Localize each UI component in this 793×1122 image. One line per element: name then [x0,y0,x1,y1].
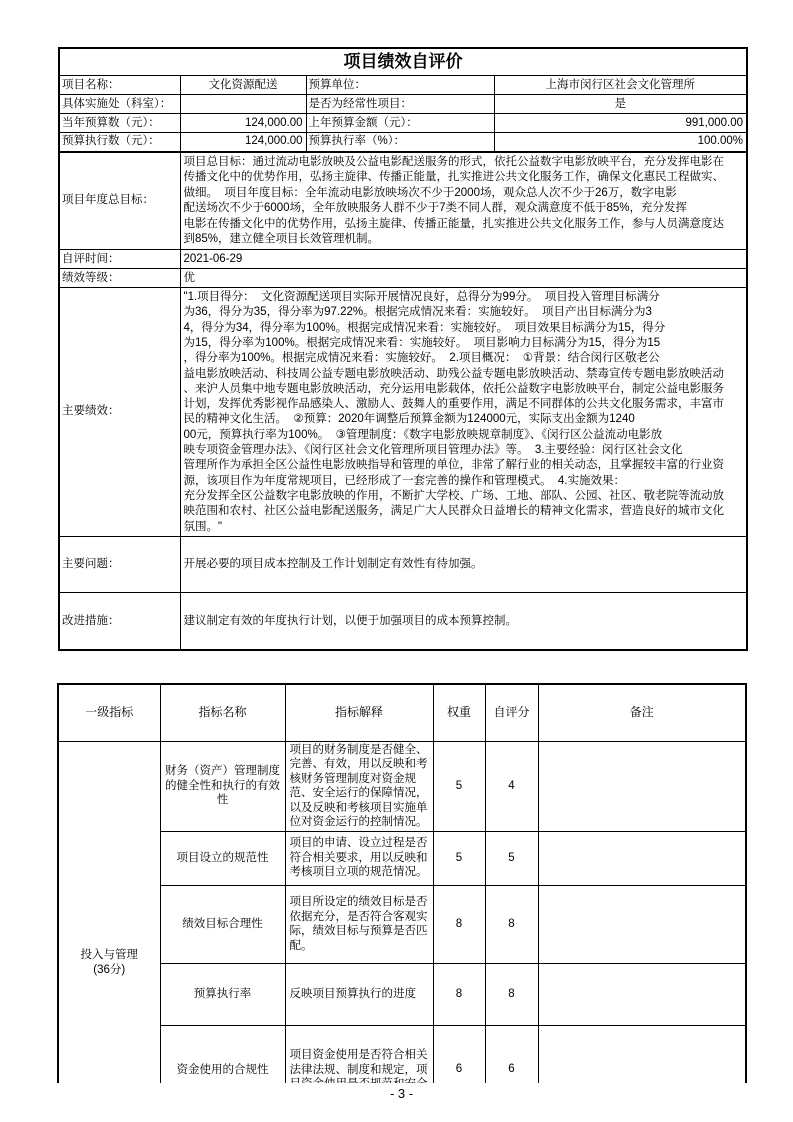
indicator-explanation: 项目的财务制度是否健全、完善、有效，用以反映和考核财务管理制度对资金规范、安全运… [285,741,433,831]
main-problems-label: 主要问题： [59,536,180,592]
indicator-row: 项目设立的规范性 项目的申请、设立过程是否符合相关要求，用以反映和考核项目立项的… [58,831,746,885]
implementing-office-label: 具体实施处（科室）： [59,95,180,114]
is-recurring-value: 是 [494,95,747,114]
indicator-weight: 5 [433,741,485,831]
indicator-explanation: 项目的申请、设立过程是否符合相关要求，用以反映和考核项目立项的规范情况。 [285,831,433,885]
summary-table: 项目绩效自评价 项目名称： 文化资源配送 预算单位： 上海市闵行区社会文化管理所… [58,47,748,651]
indicator-table-region: 一级指标 指标名称 指标解释 权重 自评分 备注 投入与管理 (36分) 财务（… [57,683,748,1083]
main-performance-value: "1.项目得分： 文化资源配送项目实际开展情况良好，总得分为99分。 项目投入管… [180,288,747,537]
indicator-weight: 8 [433,963,485,1025]
indicator-name: 绩效目标合理性 [160,885,285,963]
indicator-score: 5 [485,831,538,885]
main-performance-label: 主要绩效： [59,288,180,537]
table-row: 自评时间： 2021-06-29 [59,250,747,269]
indicator-weight: 5 [433,831,485,885]
indicator-header-row: 一级指标 指标名称 指标解释 权重 自评分 备注 [58,684,746,741]
indicator-row: 投入与管理 (36分) 财务（资产）管理制度的健全性和执行的有效性 项目的财务制… [58,741,746,831]
indicator-note [538,1025,746,1083]
indicator-note [538,831,746,885]
page-number: - 3 - [57,1086,746,1101]
header-note: 备注 [538,684,746,741]
table-row: 具体实施处（科室）： 是否为经常性项目： 是 [59,95,747,114]
table-row: 项目名称： 文化资源配送 预算单位： 上海市闵行区社会文化管理所 [59,76,747,95]
indicator-weight: 8 [433,885,485,963]
execution-rate-label: 预算执行率（%）： [306,133,494,152]
form-title: 项目绩效自评价 [59,48,747,76]
grade-label: 绩效等级： [59,269,180,288]
annual-goal-label: 项目年度总目标： [59,152,180,250]
execution-rate-value: 100.00% [494,133,747,152]
header-self-score: 自评分 [485,684,538,741]
indicator-score: 4 [485,741,538,831]
indicator-name: 项目设立的规范性 [160,831,285,885]
indicator-table: 一级指标 指标名称 指标解释 权重 自评分 备注 投入与管理 (36分) 财务（… [57,683,747,1083]
improvements-value: 建议制定有效的年度执行计划，以便于加强项目的成本预算控制。 [180,592,747,650]
project-name-label: 项目名称： [59,76,180,95]
indicator-note [538,885,746,963]
budget-unit-label: 预算单位： [306,76,494,95]
header-indicator-explanation: 指标解释 [285,684,433,741]
header-level1-indicator: 一级指标 [58,684,160,741]
indicator-weight: 6 [433,1025,485,1083]
current-year-budget-label: 当年预算数（元）： [59,114,180,133]
main-problems-value: 开展必要的项目成本控制及工作计划制定有效性有待加强。 [180,536,747,592]
title-row: 项目绩效自评价 [59,48,747,76]
indicator-explanation: 项目资金使用是否符合相关法律法规、制度和规定，项目资金使用是否规范和安全 [285,1025,433,1083]
prev-year-budget-value: 991,000.00 [494,114,747,133]
budget-executed-label: 预算执行数（元）： [59,133,180,152]
grade-value: 优 [180,269,747,288]
implementing-office-value [180,95,306,114]
header-indicator-name: 指标名称 [160,684,285,741]
self-eval-date-label: 自评时间： [59,250,180,269]
indicator-name: 财务（资产）管理制度的健全性和执行的有效性 [160,741,285,831]
indicator-row: 资金使用的合规性 项目资金使用是否符合相关法律法规、制度和规定，项目资金使用是否… [58,1025,746,1083]
project-name-value: 文化资源配送 [180,76,306,95]
self-eval-date-value: 2021-06-29 [180,250,747,269]
header-weight: 权重 [433,684,485,741]
table-row: 当年预算数（元）： 124,000.00 上年预算金额（元）： 991,000.… [59,114,747,133]
indicator-name: 资金使用的合规性 [160,1025,285,1083]
indicator-explanation: 反映项目预算执行的进度 [285,963,433,1025]
table-row: 预算执行数（元）： 124,000.00 预算执行率（%）： 100.00% [59,133,747,152]
table-row: 改进措施： 建议制定有效的年度执行计划，以便于加强项目的成本预算控制。 [59,592,747,650]
is-recurring-label: 是否为经常性项目： [306,95,494,114]
indicator-name: 预算执行率 [160,963,285,1025]
indicator-score: 8 [485,963,538,1025]
annual-goal-value: 项目总目标：通过流动电影放映及公益电影配送服务的形式，依托公益数字电影放映平台，… [180,152,747,250]
table-row: 主要绩效： "1.项目得分： 文化资源配送项目实际开展情况良好，总得分为99分。… [59,288,747,537]
indicator-note [538,963,746,1025]
improvements-label: 改进措施： [59,592,180,650]
indicator-row: 绩效目标合理性 项目所设定的绩效目标是否依据充分，是否符合客观实际，绩效目标与预… [58,885,746,963]
indicator-row: 预算执行率 反映项目预算执行的进度 8 8 [58,963,746,1025]
indicator-note [538,741,746,831]
table-row: 主要问题： 开展必要的项目成本控制及工作计划制定有效性有待加强。 [59,536,747,592]
prev-year-budget-label: 上年预算金额（元）： [306,114,494,133]
document-page: 项目绩效自评价 项目名称： 文化资源配送 预算单位： 上海市闵行区社会文化管理所… [0,0,793,1122]
budget-unit-value: 上海市闵行区社会文化管理所 [494,76,747,95]
budget-executed-value: 124,000.00 [180,133,306,152]
current-year-budget-value: 124,000.00 [180,114,306,133]
table-row: 绩效等级： 优 [59,269,747,288]
indicator-score: 6 [485,1025,538,1083]
category-cell: 投入与管理 (36分) [58,741,160,1083]
table-row: 项目年度总目标： 项目总目标：通过流动电影放映及公益电影配送服务的形式，依托公益… [59,152,747,250]
indicator-score: 8 [485,885,538,963]
indicator-explanation: 项目所设定的绩效目标是否依据充分，是否符合客观实际，绩效目标与预算是否匹配。 [285,885,433,963]
